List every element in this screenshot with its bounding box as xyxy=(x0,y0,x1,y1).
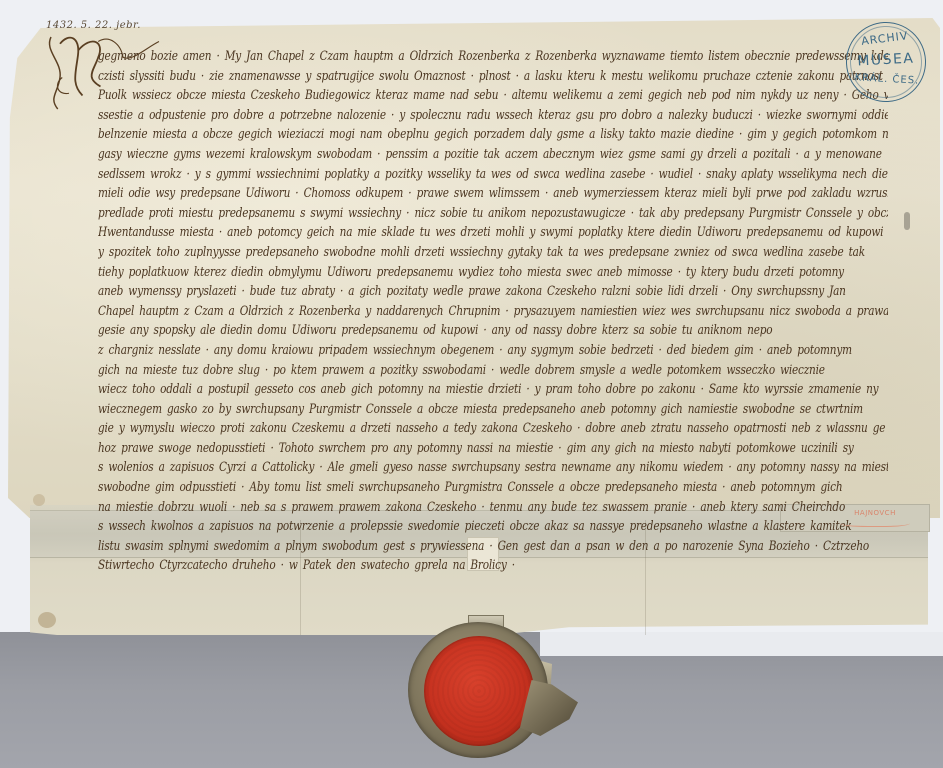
text-line: gie y wymyslu wieczo proti zakonu Czeske… xyxy=(98,420,888,440)
text-line: ssestie a odpustenie pro dobre a potrzeb… xyxy=(98,107,888,127)
charter-text-body: gegmeno bozie amen · My Jan Chapel z Cza… xyxy=(98,48,888,577)
plica-label: HAJNOVCH xyxy=(830,509,920,517)
text-line: Chapel hauptm z Czam a Oldrzich z Rozenb… xyxy=(98,303,888,323)
parchment-stain xyxy=(33,494,45,506)
text-line: na miestie dobrzu wuoli · neb sa s prawe… xyxy=(98,499,888,519)
parchment-mark xyxy=(904,212,910,230)
text-line: s wolenios a zapisuos Cyrzi a Cattolicky… xyxy=(98,459,888,479)
text-line: Stiwrtecho Ctyrzcatecho druheho · w Pate… xyxy=(98,557,558,577)
text-line: hoz prawe swoge nedopusstieti · Tohoto s… xyxy=(98,440,888,460)
plica-label-flourish xyxy=(840,518,910,527)
text-line: gasy wieczne gyms wezemi kralowskym swob… xyxy=(98,146,888,166)
text-line: z chargniz nesslate · any domu kraiowu p… xyxy=(98,342,888,362)
text-line: listu swasim splnymi swedomim a plnym sw… xyxy=(98,538,888,558)
text-line: gegmeno bozie amen · My Jan Chapel z Cza… xyxy=(98,48,888,68)
red-wax-seal-icon xyxy=(424,636,534,746)
text-line: aneb wymenssy pryslazeti · bude tuz abra… xyxy=(98,283,888,303)
text-line: gich na mieste tuz dobre slug · po ktem … xyxy=(98,362,888,382)
text-line: predlade proti miestu predepsanemu s swy… xyxy=(98,205,888,225)
text-line: s wssech kwolnos a zapisuos na potwrzeni… xyxy=(98,518,888,538)
text-line: czisti slyssiti budu · zie znamenawsse y… xyxy=(98,68,888,88)
scan-background-edge xyxy=(540,632,943,656)
text-line: gesie any spopsky ale diedin domu Udiwor… xyxy=(98,322,888,342)
text-line: Puolk wssiecz obcze miesta Czeskeho Budi… xyxy=(98,87,888,107)
text-line: wiecznegem gasko zo by swrchupsany Purgm… xyxy=(98,401,888,421)
parchment-stain xyxy=(38,612,56,628)
text-line: sedlssem wrokz · y s gymmi wssiechnimi p… xyxy=(98,166,888,186)
text-line: tiehy poplatkuow kterez diedin obmylymu … xyxy=(98,264,888,284)
text-line: swobodne gim odpusstieti · Aby tomu list… xyxy=(98,479,888,499)
text-line: belnzenie miesta a obcze gegich wieziacz… xyxy=(98,126,888,146)
text-line: mieli odie wsy predepsane Udiworu · Chom… xyxy=(98,185,888,205)
text-line: Hwentandusse miesta · aneb potomcy geich… xyxy=(98,224,888,244)
text-line: wiecz toho oddali a postupil gesseto cos… xyxy=(98,381,888,401)
text-line: y spozitek toho zuplnyysse predepsaneho … xyxy=(98,244,888,264)
